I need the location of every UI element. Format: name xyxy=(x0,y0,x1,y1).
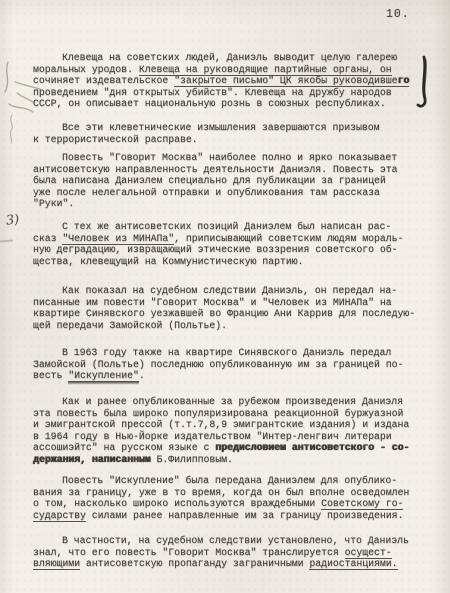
text-line: и эмигрантской прессой (т.т.7,8,9 эмигра… xyxy=(33,419,435,431)
text-segment: проведением "дня открытых убийств". Клев… xyxy=(33,87,392,98)
text-line: о том, насколько широко используются вра… xyxy=(33,498,435,510)
underlined-text: "закрытое письмо" ЦК якобы руководивше xyxy=(174,75,397,87)
text-segment: СССР, он описывает национальную рознь в … xyxy=(33,98,386,109)
text-segment: Клевеща на советских людей, Даниэль выво… xyxy=(62,52,397,63)
text-line: щей передачи Замойской (Польтье). xyxy=(33,320,435,332)
page-number: 10. xyxy=(386,8,410,21)
scribble-underlined-text: "Искупление" xyxy=(68,370,139,381)
text-line: Повесть "Говорит Москва" наиболее полно … xyxy=(33,152,435,164)
text-line: Клевеща на советских людей, Даниэль выво… xyxy=(33,52,435,64)
text-segment: "Руки". xyxy=(33,198,74,209)
text-line: сударству силами ранее направленные им з… xyxy=(33,510,435,522)
paragraph-chelovek-iz-minapa: С тех же антисоветских позиций Даниэлем … xyxy=(33,221,435,267)
text-segment: вания за границу, уже в то время, когда … xyxy=(33,487,409,498)
underlined-text: "Человек из МИНАПа" xyxy=(62,233,174,245)
text-segment: С тех же антисоветских позиций Даниэлем … xyxy=(62,221,391,232)
paragraph-govorit-moskva: Повесть "Говорит Москва" наиболее полно … xyxy=(33,152,435,210)
text-line: СССР, он описывает национальную рознь в … xyxy=(33,98,435,110)
text-line: знал, что его повесть "Говорит Москва" т… xyxy=(33,547,435,559)
text-line: квартире Синявского уезжавшей во Францию… xyxy=(33,308,435,320)
text-segment: Как показал на судебном следствии Даниэл… xyxy=(62,285,397,296)
text-segment: была написана Даниэлем специально для пу… xyxy=(33,175,386,186)
text-segment: ную деградацию, извращающий этические во… xyxy=(33,244,398,255)
text-segment: В 1963 году также на квартире Синявского… xyxy=(62,347,391,358)
text-line: была написана Даниэлем специально для пу… xyxy=(33,175,435,187)
text-segment: знал, что его повесть "Говорит Москва" т… xyxy=(33,547,345,558)
text-segment: в 1964 году в Нью-Йорке издательством "И… xyxy=(33,431,392,442)
text-segment: , приписывающий советским людям мораль- xyxy=(174,233,403,244)
text-segment: Все эти клеветнические измышления заверш… xyxy=(62,122,379,133)
text-segment: . xyxy=(139,370,145,381)
bold-overtyped-text: держания, написанным xyxy=(33,454,151,465)
text-line: уже после нелегальной отправки и опублик… xyxy=(33,187,435,199)
text-line: вания за границу, уже в то время, когда … xyxy=(33,487,435,499)
text-line: писанные им повести "Говорит Москва" и "… xyxy=(33,297,435,309)
text-line: держания, написанным Б.Филипповым. xyxy=(33,454,435,466)
text-line: Повесть "Искупление" была передана Даниэ… xyxy=(33,475,435,487)
text-line: Как и ранее опубликованные за рубежом пр… xyxy=(33,396,435,408)
underlined-text: сударству xyxy=(33,510,86,522)
handwritten-margin-number: 3) xyxy=(5,212,20,229)
text-segment: сказ xyxy=(33,233,62,244)
text-segment: уже после нелегальной отправки и опублик… xyxy=(33,187,380,198)
text-segment: и эмигрантской прессой (т.т.7,8,9 эмигра… xyxy=(33,419,409,430)
paragraph-terrorist-call: Все эти клеветнические измышления заверш… xyxy=(33,122,435,145)
text-segment: эта повесть была широко популяризирована… xyxy=(33,408,403,419)
paragraph-1964-publication: Как и ранее опубликованные за рубежом пр… xyxy=(33,396,435,465)
text-segment: к террористической расправе. xyxy=(33,134,198,145)
text-segment: о том, насколько широко используются вра… xyxy=(33,498,321,509)
text-segment: щей передачи Замойской (Польтье). xyxy=(33,320,227,331)
text-segment: Как и ранее опубликованные за рубежом пр… xyxy=(62,396,403,407)
text-line: моральных уродов. Клевеща на руководящие… xyxy=(33,64,435,76)
pencil-smudge xyxy=(0,240,13,243)
text-segment: весть xyxy=(33,370,68,381)
text-segment: силами ранее направленные им за границу … xyxy=(86,510,403,521)
underlined-text: го xyxy=(398,75,410,87)
text-segment: антисоветскую пропаганду заграничными xyxy=(80,558,309,569)
text-segment: щества, клевещущий на Коммунистическую п… xyxy=(33,256,303,267)
paragraph-1963-iskuplenie: В 1963 году также на квартире Синявского… xyxy=(33,347,435,382)
text-segment: В частности, на судебном следствии устан… xyxy=(62,535,409,546)
text-segment: Б.Филипповым. xyxy=(151,454,233,465)
text-line: к террористической расправе. xyxy=(33,134,435,146)
text-line: эта повесть была широко популяризирована… xyxy=(33,408,435,420)
text-line: в 1964 году в Нью-Йорке издательством "И… xyxy=(33,431,435,443)
pencil-squiggle-icon xyxy=(5,113,19,145)
text-segment: Повесть "Говорит Москва" наиболее полно … xyxy=(62,152,397,163)
text-segment: сочиняет издевательское xyxy=(33,75,174,86)
text-line: вляющими антисоветскую пропаганду загран… xyxy=(33,558,435,570)
text-segment: писанные им повести "Говорит Москва" и "… xyxy=(33,297,392,308)
text-line: Как показал на судебном следствии Даниэл… xyxy=(33,285,435,297)
underlined-text: радиостанциями. xyxy=(309,558,397,570)
underlined-text: Советскому го- xyxy=(321,498,403,510)
bold-overtyped-text: предисловием антисоветского - со- xyxy=(215,442,409,453)
underlined-text: Клевеща на руководящие партийные органы,… xyxy=(139,64,392,76)
scanned-document-page: 10. 3) Клевеща на советских людей, Даниэ… xyxy=(0,0,450,593)
text-line: В 1963 году также на квартире Синявского… xyxy=(33,347,435,359)
text-line: проведением "дня открытых убийств". Клев… xyxy=(33,87,435,99)
text-line: ассошиэйтс" на русском языке с предислов… xyxy=(33,442,435,454)
text-line: "Руки". xyxy=(33,198,435,210)
text-segment: ассошиэйтс" на русском языке с xyxy=(33,442,215,453)
text-line: С тех же антисоветских позиций Даниэлем … xyxy=(33,221,435,233)
paragraph-radio-stations: В частности, на судебном следствии устан… xyxy=(33,535,435,570)
paragraph-court-investigation: Как показал на судебном следствии Даниэл… xyxy=(33,285,435,331)
text-line: Замойской (Польтье) последнюю опубликова… xyxy=(33,359,435,371)
text-segment: Повесть "Искупление" была передана Даниэ… xyxy=(62,475,397,486)
underlined-text: вляющими xyxy=(33,558,80,570)
text-line: антисоветскую направленность деятельност… xyxy=(33,164,435,176)
text-line: сказ "Человек из МИНАПа", приписывающий … xyxy=(33,233,435,245)
text-line: Все эти клеветнические измышления заверш… xyxy=(33,122,435,134)
text-line: В частности, на судебном следствии устан… xyxy=(33,535,435,547)
text-line: весть "Искупление". xyxy=(33,370,435,382)
underlined-text: осущест- xyxy=(345,547,392,559)
text-line: щества, клевещущий на Коммунистическую п… xyxy=(33,256,435,268)
paragraph-iskuplenie-transfer: Повесть "Искупление" была передана Даниэ… xyxy=(33,475,435,521)
text-line: ную деградацию, извращающий этические во… xyxy=(33,244,435,256)
text-segment: квартире Синявского уезжавшей во Францию… xyxy=(33,308,415,319)
text-segment: Замойской (Польтье) последнюю опубликова… xyxy=(33,359,403,370)
text-segment: антисоветскую направленность деятельност… xyxy=(33,164,398,175)
paragraph-slander: Клевеща на советских людей, Даниэль выво… xyxy=(33,52,435,110)
text-line: сочиняет издевательское "закрытое письмо… xyxy=(33,75,435,87)
text-segment: моральных уродов. xyxy=(33,64,139,75)
